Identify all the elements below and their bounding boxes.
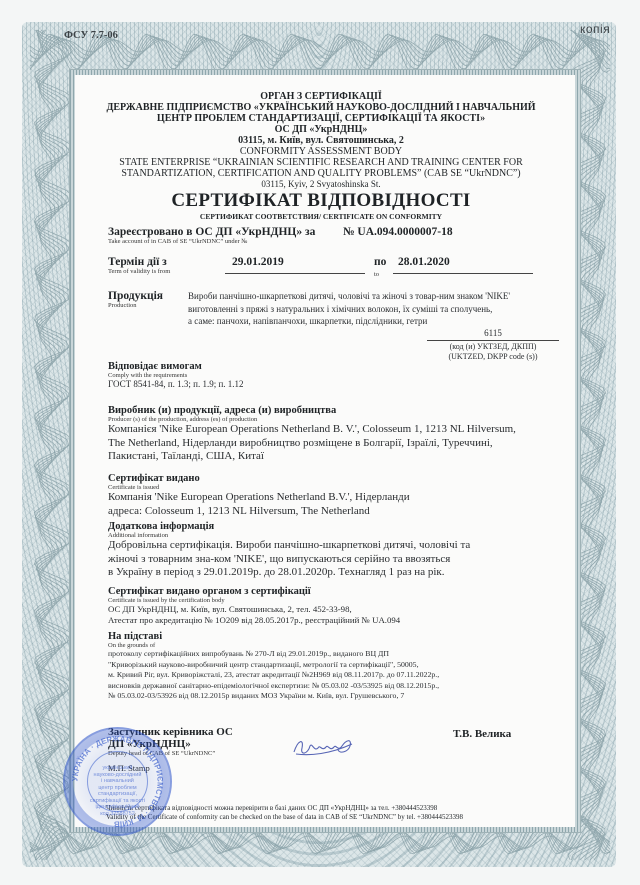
issued-to-line: адреса: Colosseum 1, 1213 NL Hilversum, … [108, 505, 558, 519]
issuing-body-line: ОС ДП УкрНДНЦ, м. Київ, вул. Святошинськ… [108, 604, 558, 615]
issuer-line-2: ДЕРЖАВНЕ ПІДПРИЄМСТВО «УКРАЇНСЬКИЙ НАУКО… [78, 102, 564, 113]
producer-label-en: Producer (s) of the production, address … [108, 416, 558, 423]
issued-to-line: Компанія 'Nike European Operations Nethe… [108, 491, 558, 505]
seal-inner-line: код 32588752 [85, 811, 150, 818]
validity-to-label-en: to [374, 271, 379, 278]
footer-validity-en: Validity of the Certificate of conformit… [106, 813, 561, 822]
validity-label: Термін дії з [108, 256, 170, 268]
issuer-line-4: ОС ДП «УкрНДНЦ» [78, 124, 564, 135]
footer-validity-ua: Чинність сертифіката відповідності можна… [106, 804, 556, 813]
grounds-block: На підставі On the grounds of протоколу … [108, 631, 563, 702]
additional-info-label: Додаткова інформація [108, 521, 558, 532]
validity-from: 29.01.2019 [232, 256, 284, 268]
official-seal-stamp: УКРАЇНА · ДЕРЖАВНЕ ПІДПРИЄМСТВО · М. КИЇ… [63, 727, 172, 836]
producer-label: Виробник (и) продукції, адреса (и) вироб… [108, 405, 558, 416]
production-label: Продукція [108, 290, 163, 302]
validity-to: 28.01.2020 [398, 256, 450, 268]
grounds-line: № 05.03.02-03/53926 від 08.12.2015р вида… [108, 691, 563, 702]
registration-label-en: Take account of in CAB of SE “UkrNDNC” u… [108, 238, 315, 245]
production-line: Вироби панчішно-шкарпеткові дитячі, чоло… [188, 290, 568, 303]
issued-to-block: Сертифікат видано Certificate is issued … [108, 473, 558, 518]
issuer-line-1: ОРГАН З СЕРТИФІКАЦІЇ [78, 91, 564, 102]
form-code: ФСУ 7.7-06 [64, 30, 118, 41]
issuer-en-line-1: CONFORMITY ASSESSMENT BODY [78, 146, 564, 157]
issuer-line-3: ЦЕНТР ПРОБЛЕМ СТАНДАРТИЗАЦІЇ, СЕРТИФІКАЦ… [78, 113, 564, 124]
registration-label: Зареєстровано в ОС ДП «УкрНДНЦ» за [108, 226, 315, 238]
additional-info-line: Добровільна сертифікація. Вироби панчішн… [108, 539, 558, 553]
producer-line: Пакистані, Таїланді, США, Китаї [108, 450, 558, 464]
issuer-address: 03115, м. Київ, вул. Святошинська, 2 [78, 135, 564, 146]
issued-to-label: Сертифікат видано [108, 473, 558, 484]
product-code: 6115 [423, 328, 563, 339]
copy-mark: копія [580, 22, 610, 36]
issuing-body-line: Атестат про акредитацію № 1О209 від 28.0… [108, 615, 558, 626]
issuing-body-block: Сертифікат видано органом з сертифікації… [108, 586, 558, 626]
additional-info-line: в Україну в період з 29.01.2019р. до 28.… [108, 566, 558, 580]
additional-info-line: жіночі з товарним зна-ком 'NIKE', що вип… [108, 553, 558, 567]
validity-from-underline [225, 273, 365, 274]
signature-mark [290, 732, 360, 762]
validity-to-underline [393, 273, 533, 274]
grounds-line: висновків державної санітарно-епідеміоло… [108, 681, 563, 692]
signatory-name: Т.В. Велика [453, 728, 511, 740]
production-line: виготовленні з пряжі з натуральних і хім… [188, 303, 568, 316]
certificate-body: ОРГАН З СЕРТИФІКАЦІЇ ДЕРЖАВНЕ ПІДПРИЄМСТ… [78, 78, 564, 818]
product-code-label: (код (и) УКТЗЕД, ДКПП) [423, 342, 563, 352]
production-description: Вироби панчішно-шкарпеткові дитячі, чоло… [188, 290, 568, 328]
issuing-body-label-en: Certificate is issued by the certificati… [108, 597, 558, 604]
issuer-en-address: 03115, Kyiv, 2 Svyatoshinska St. [78, 179, 564, 190]
requirements-value: ГОСТ 8541-84, п. 1.3; п. 1.9; п. 1.12 [108, 379, 244, 390]
requirements-label: Відповідає вимогам [108, 361, 244, 372]
certificate-title: СЕРТИФІКАТ ВІДПОВІДНОСТІ [78, 191, 564, 211]
grounds-line: протоколу сертифікаційних випробувань № … [108, 649, 563, 660]
requirements-label-en: Comply with the requirements [108, 372, 244, 379]
product-code-underline [427, 340, 559, 341]
validity-to-label: по [374, 256, 386, 268]
producer-line: The Netherland, Нідерланди виробництво р… [108, 437, 558, 451]
issuer-en-line-2: STATE ENTERPRISE “UKRAINIAN SCIENTIFIC R… [78, 157, 564, 168]
product-code-label-en: (UKTZED, DKPP code (s)) [423, 352, 563, 362]
producer-line: Компанієя 'Nike European Operations Neth… [108, 423, 558, 437]
registration-row: Зареєстровано в ОС ДП «УкрНДНЦ» за Take … [108, 226, 315, 245]
production-label-block: Продукція Production [108, 290, 163, 309]
production-line: а саме: панчохи, напівпанчохи, шкарпетки… [188, 315, 568, 328]
certificate-subtitle: СЕРТИФИКАТ СООТВЕТСТВИЯ/ CERTIFICATE ON … [78, 211, 564, 222]
product-code-block: 6115 (код (и) УКТЗЕД, ДКПП) (UKTZED, DKP… [423, 328, 563, 362]
production-label-en: Production [108, 302, 163, 309]
requirements-block: Відповідає вимогам Comply with the requi… [108, 361, 244, 390]
registration-number: № UA.094.0000007-18 [343, 226, 453, 238]
grounds-label: На підставі [108, 631, 563, 642]
seal-inner-text: український науково-дослідний і навчальн… [85, 765, 150, 817]
issued-to-label-en: Certificate is issued [108, 484, 558, 491]
additional-info-block: Додаткова інформація Additional informat… [108, 521, 558, 580]
issuer-en-line-3: STANDARTIZATION, CERTIFICATION AND QUALI… [78, 168, 564, 179]
grounds-line: "Криворізький науково-виробничий центр с… [108, 660, 563, 671]
grounds-line: м. Кривий Ріг, вул. Криворіжсталі, 23, а… [108, 670, 563, 681]
producer-block: Виробник (и) продукції, адреса (и) вироб… [108, 405, 558, 464]
validity-row: Термін дії з Term of validity is from [108, 256, 170, 275]
grounds-label-en: On the grounds of [108, 642, 563, 649]
issuing-body-label: Сертифікат видано органом з сертифікації [108, 586, 558, 597]
additional-info-label-en: Additional information [108, 532, 558, 539]
validity-label-en: Term of validity is from [108, 268, 170, 275]
